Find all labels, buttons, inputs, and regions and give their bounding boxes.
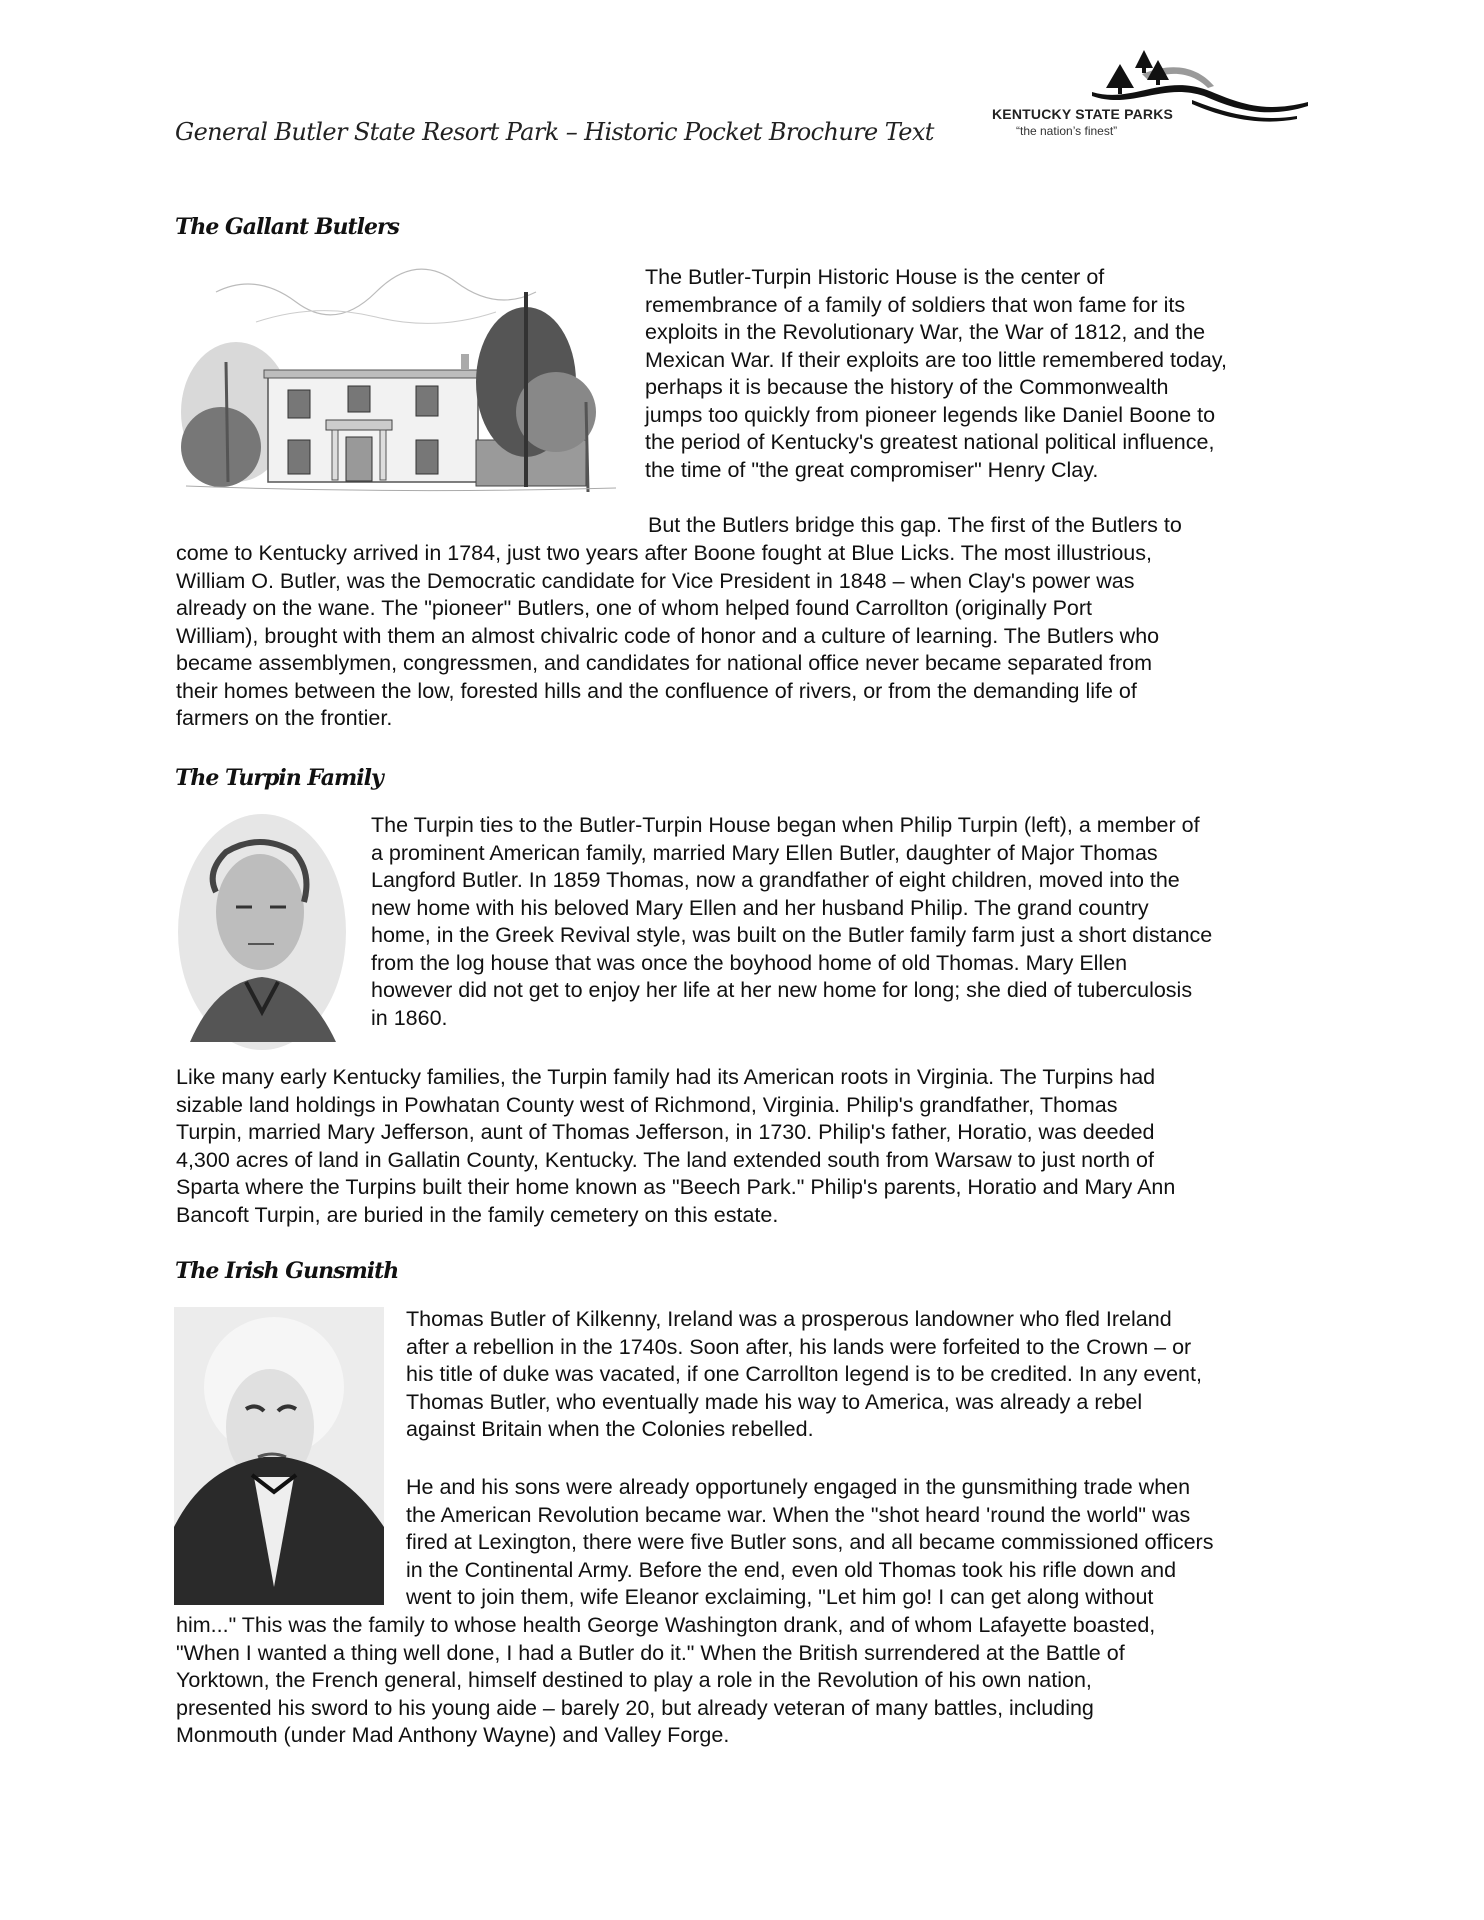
text-line: But the Butlers bridge this gap. The fir… xyxy=(648,512,1328,540)
turpin-family-paragraph-1: The Turpin ties to the Butler-Turpin Hou… xyxy=(371,812,1321,1032)
text-line: perhaps it is because the history of the… xyxy=(645,374,1325,402)
text-line: became assemblymen, congressmen, and can… xyxy=(176,650,1316,678)
gallant-butlers-paragraph-2-start: But the Butlers bridge this gap. The fir… xyxy=(648,512,1328,540)
text-line: William), brought with them an almost ch… xyxy=(176,623,1316,651)
logo-name: KENTUCKY STATE PARKS xyxy=(992,106,1173,122)
text-line: Thomas Butler of Kilkenny, Ireland was a… xyxy=(406,1306,1326,1334)
text-line: Turpin, married Mary Jefferson, aunt of … xyxy=(176,1119,1316,1147)
section-heading-turpin-family: The Turpin Family xyxy=(175,765,383,791)
text-line: Like many early Kentucky families, the T… xyxy=(176,1064,1316,1092)
section-heading-gallant-butlers: The Gallant Butlers xyxy=(175,214,399,240)
text-line: Monmouth (under Mad Anthony Wayne) and V… xyxy=(176,1722,1316,1750)
text-line: The Turpin ties to the Butler-Turpin Hou… xyxy=(371,812,1321,840)
text-line: He and his sons were already opportunely… xyxy=(406,1474,1326,1502)
text-line: Bancoft Turpin, are buried in the family… xyxy=(176,1202,1316,1230)
text-line: come to Kentucky arrived in 1784, just t… xyxy=(176,540,1316,568)
text-line: new home with his beloved Mary Ellen and… xyxy=(371,895,1321,923)
thomas-butler-portrait xyxy=(174,1307,384,1605)
text-line: from the log house that was once the boy… xyxy=(371,950,1321,978)
text-line: home, in the Greek Revival style, was bu… xyxy=(371,922,1321,950)
logo-tagline: “the nation’s finest” xyxy=(1016,124,1117,138)
text-line: sizable land holdings in Powhatan County… xyxy=(176,1092,1316,1120)
gallant-butlers-paragraph-1: The Butler-Turpin Historic House is the … xyxy=(645,264,1325,484)
text-line: presented his sword to his young aide – … xyxy=(176,1695,1316,1723)
text-line: The Butler-Turpin Historic House is the … xyxy=(645,264,1325,292)
gallant-butlers-paragraph-2: come to Kentucky arrived in 1784, just t… xyxy=(176,540,1316,733)
text-line: Mexican War. If their exploits are too l… xyxy=(645,347,1325,375)
text-line: however did not get to enjoy her life at… xyxy=(371,977,1321,1005)
text-line: Yorktown, the French general, himself de… xyxy=(176,1667,1316,1695)
text-line: remembrance of a family of soldiers that… xyxy=(645,292,1325,320)
text-line: Langford Butler. In 1859 Thomas, now a g… xyxy=(371,867,1321,895)
text-line: Thomas Butler, who eventually made his w… xyxy=(406,1389,1326,1417)
document-page: General Butler State Resort Park – Histo… xyxy=(0,0,1484,1920)
house-sketch-image xyxy=(176,262,624,500)
text-line: the time of "the great compromiser" Henr… xyxy=(645,457,1325,485)
text-line: against Britain when the Colonies rebell… xyxy=(406,1416,1326,1444)
text-line: already on the wane. The "pioneer" Butle… xyxy=(176,595,1316,623)
irish-gunsmith-paragraph-2-full: him..." This was the family to whose hea… xyxy=(176,1612,1316,1750)
text-line: "When I wanted a thing well done, I had … xyxy=(176,1640,1316,1668)
document-title: General Butler State Resort Park – Histo… xyxy=(175,118,934,146)
text-line: in the Continental Army. Before the end,… xyxy=(406,1557,1326,1585)
text-line: Sparta where the Turpins built their hom… xyxy=(176,1174,1316,1202)
text-line: after a rebellion in the 1740s. Soon aft… xyxy=(406,1334,1326,1362)
text-line: farmers on the frontier. xyxy=(176,705,1316,733)
text-line: jumps too quickly from pioneer legends l… xyxy=(645,402,1325,430)
text-line: the period of Kentucky's greatest nation… xyxy=(645,429,1325,457)
text-line: his title of duke was vacated, if one Ca… xyxy=(406,1361,1326,1389)
text-line: went to join them, wife Eleanor exclaimi… xyxy=(406,1584,1326,1612)
text-line: in 1860. xyxy=(371,1005,1321,1033)
irish-gunsmith-paragraph-1: Thomas Butler of Kilkenny, Ireland was a… xyxy=(406,1306,1326,1444)
text-line: their homes between the low, forested hi… xyxy=(176,678,1316,706)
text-line: fired at Lexington, there were five Butl… xyxy=(406,1529,1326,1557)
irish-gunsmith-paragraph-2-wrapped: He and his sons were already opportunely… xyxy=(406,1474,1326,1612)
section-heading-irish-gunsmith: The Irish Gunsmith xyxy=(175,1258,398,1284)
text-line: him..." This was the family to whose hea… xyxy=(176,1612,1316,1640)
text-line: a prominent American family, married Mar… xyxy=(371,840,1321,868)
turpin-family-paragraph-2: Like many early Kentucky families, the T… xyxy=(176,1064,1316,1229)
text-line: William O. Butler, was the Democratic ca… xyxy=(176,568,1316,596)
text-line: exploits in the Revolutionary War, the W… xyxy=(645,319,1325,347)
text-line: 4,300 acres of land in Gallatin County, … xyxy=(176,1147,1316,1175)
philip-turpin-portrait xyxy=(176,812,348,1052)
kentucky-state-parks-logo: KENTUCKY STATE PARKS “the nation’s fines… xyxy=(992,44,1308,148)
text-line: the American Revolution became war. When… xyxy=(406,1502,1326,1530)
